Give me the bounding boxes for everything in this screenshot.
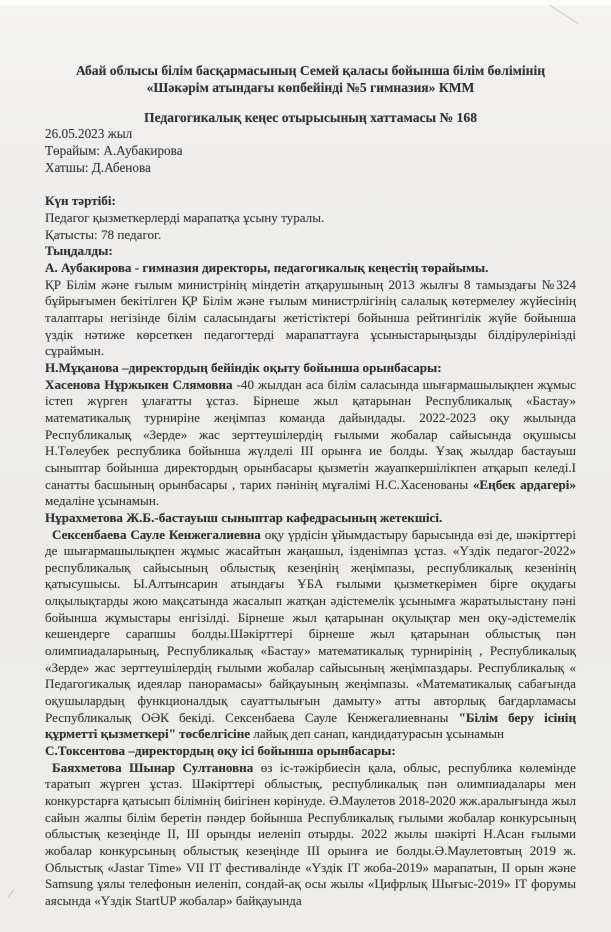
bold-text-run: Н.Мұқанова –директордың бейіндік оқыту б… [45,360,442,375]
heard-heading: Тыңдалды: [45,243,576,260]
speaker-nurakhmetova: Нұрахметова Ж.Б.-бастауыш сыныптар кафед… [45,510,576,527]
bayakhmetova-paragraph: Баяхметова Шынар Султановна өз іс-тәжірб… [45,760,576,910]
bold-text-run: А. Аубакирова - гимназия директоры, педа… [45,260,488,275]
attendance-line: Қатысты: 78 педагог. [45,227,576,244]
text-run: -40 жылдан аса білім саласында шығармашы… [45,377,576,492]
khasenova-paragraph: Хасенова Нұржыкен Слямовна -40 жылдан ас… [45,377,576,510]
protocol-title: Педагогикалық кеңес отырысының хаттамасы… [45,109,576,126]
bold-text-run: Сексенбаева Сауле Кенжегалиевна [52,527,265,542]
bold-text-run: «Еңбек ардагері» [473,477,576,492]
bold-text-run: С.Токсентова –директордың оқу ісі бойынш… [45,743,396,758]
org-header-line1: Абай облысы білім басқармасының Семей қа… [45,62,576,79]
chair-line: Төрайым: А.Аубакирова [45,143,576,160]
scanned-document-page: Абай облысы білім басқармасының Семей қа… [0,0,611,932]
agenda-heading: Күн тәртібі: [45,193,576,210]
text-run: Қатысты: 78 педагог. [45,227,161,242]
protocol-meta: 26.05.2023 жыл Төрайым: А.Аубакирова Хат… [45,126,576,176]
bold-text-run: Нұрахметова Ж.Б.-бастауыш сыныптар кафед… [45,510,442,525]
bold-text-run: Тыңдалды: [45,243,113,258]
text-run: Педагог қызметкерлерді марапатқа ұсыну т… [45,210,324,225]
org-header-line2: «Шәкәрім атындағы көпбейінді №5 гимназия… [45,79,576,96]
bold-text-run: Күн тәртібі: [45,193,116,208]
bold-text-run: Хасенова Нұржыкен Слямовна [45,377,237,392]
seksenbaeva-paragraph: Сексенбаева Сауле Кенжегалиевна оқу үрді… [45,527,576,744]
speaker-aubakirova: А. Аубакирова - гимназия директоры, педа… [45,260,576,277]
document-content: Абай облысы білім басқармасының Семей қа… [0,0,611,910]
speaker-toksentova: С.Токсентова –директордың оқу ісі бойынш… [45,743,576,760]
text-run: өз іс-тәжірбиесін қала, облыс, республик… [45,760,576,908]
aubakirova-speech: ҚР Білім және ғылым министрінің міндетін… [45,277,576,360]
agenda-item: Педагог қызметкерлерді марапатқа ұсыну т… [45,210,576,227]
org-header: Абай облысы білім басқармасының Семей қа… [45,62,576,96]
date-line: 26.05.2023 жыл [45,126,576,143]
text-run: ҚР Білім және ғылым министрінің міндетін… [45,277,576,359]
bold-text-run: Баяхметова Шынар Султановна [52,760,261,775]
text-run: медаліне ұсынамын. [45,493,159,508]
document-body: Күн тәртібі:Педагог қызметкерлерді марап… [45,193,576,909]
speaker-mukanova: Н.Мұқанова –директордың бейіндік оқыту б… [45,360,576,377]
text-run: лайық деп санап, кандидатурасын ұсынамын [250,726,504,741]
secretary-line: Хатшы: Д.Абенова [45,160,576,177]
text-run: оқу үрдісін ұйымдастыру барысында өзі де… [45,527,576,725]
